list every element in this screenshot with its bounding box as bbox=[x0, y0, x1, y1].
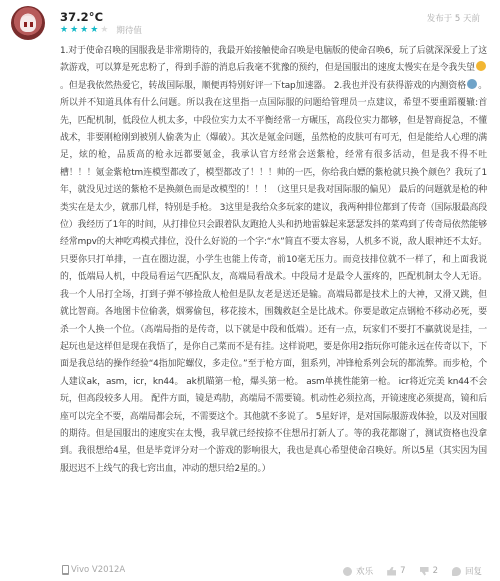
fun-label: 欢乐 bbox=[356, 565, 373, 577]
smile-icon bbox=[343, 567, 352, 576]
dislike-count: 2 bbox=[433, 566, 438, 576]
star-filled-icon: ★ bbox=[80, 25, 88, 35]
fun-button[interactable]: 欢乐 bbox=[343, 565, 373, 577]
rating-label: 期待值 bbox=[116, 24, 142, 36]
device-name: Vivo V2012A bbox=[71, 565, 125, 575]
avatar[interactable] bbox=[11, 6, 45, 40]
review-text-part: 1.对于使命召唤的国服我是非常期待的，我最开始接触使命召唤是电脑版的使命召唤6，… bbox=[60, 46, 487, 73]
review-actions: 欢乐 7 2 回复 bbox=[329, 565, 482, 577]
reply-label: 回复 bbox=[465, 565, 482, 577]
username[interactable]: 37.2°C bbox=[60, 10, 103, 24]
device-info: Vivo V2012A bbox=[62, 565, 125, 575]
crying-emoji-icon bbox=[467, 79, 477, 89]
star-filled-icon: ★ bbox=[70, 25, 78, 35]
posted-time: 发布于 5 天前 bbox=[427, 12, 480, 24]
review-text-part: 。所以并不知道具体有什么问题。所以我在这里指一点国际服的问题给管理员一点建议，希… bbox=[60, 81, 487, 474]
star-empty-icon: ★ bbox=[100, 25, 108, 35]
avatar-face bbox=[20, 16, 36, 32]
rating-stars: ★ ★ ★ ★ ★ 期待值 bbox=[60, 24, 142, 36]
review-content: 1.对于使命召唤的国服我是非常期待的，我最开始接触使命召唤是电脑版的使命召唤6，… bbox=[60, 43, 487, 478]
avatar-eye bbox=[24, 22, 27, 27]
thumbs-up-icon bbox=[387, 567, 396, 576]
star-filled-icon: ★ bbox=[60, 25, 68, 35]
like-button[interactable]: 7 bbox=[387, 566, 405, 576]
avatar-eye bbox=[30, 22, 33, 27]
star-filled-icon: ★ bbox=[90, 25, 98, 35]
dislike-button[interactable]: 2 bbox=[420, 566, 438, 576]
thumbs-down-icon bbox=[420, 567, 429, 576]
disappointed-emoji-icon bbox=[476, 61, 486, 71]
comment-icon bbox=[452, 567, 461, 576]
review-footer: Vivo V2012A 欢乐 7 2 回复 bbox=[62, 565, 482, 579]
reply-button[interactable]: 回复 bbox=[452, 565, 482, 577]
like-count: 7 bbox=[400, 566, 405, 576]
review-text-part: 。但是我依然热爱它，转战国际服，顺便再特别好评一下tap加速器。 2.我也并没有… bbox=[60, 81, 466, 91]
phone-icon bbox=[62, 565, 69, 575]
